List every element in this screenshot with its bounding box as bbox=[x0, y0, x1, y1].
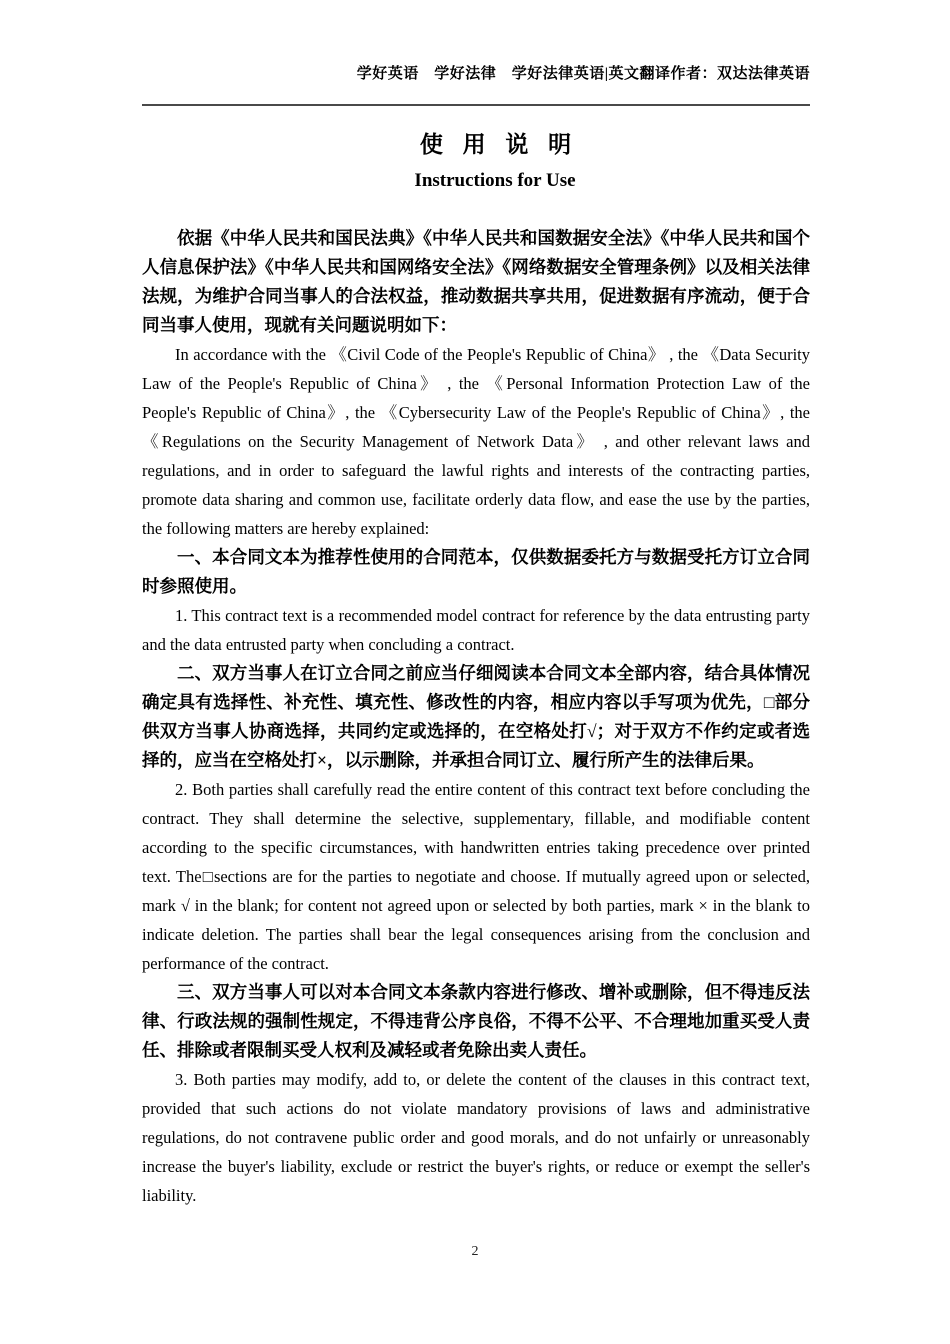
page-number: 2 bbox=[0, 1244, 950, 1260]
running-header: 学好英语 学好法律 学好法律英语|英文翻译作者：双达法律英语 bbox=[142, 62, 810, 83]
paragraph-zh-item-1: 一、本合同文本为推荐性使用的合同范本，仅供数据委托方与数据受托方订立合同时参照使… bbox=[142, 543, 810, 601]
paragraph-zh-preamble: 依据《中华人民共和国民法典》《中华人民共和国数据安全法》《中华人民共和国个人信息… bbox=[142, 224, 810, 340]
doc-title-en: Instructions for Use bbox=[142, 170, 810, 192]
paragraph-en-preamble: In accordance with the 《Civil Code of th… bbox=[142, 340, 810, 543]
doc-title-zh: 使 用 说 明 bbox=[142, 126, 810, 159]
header-divider bbox=[142, 104, 810, 106]
paragraph-en-item-1: 1. This contract text is a recommended m… bbox=[142, 601, 810, 659]
document-page: 学好英语 学好法律 学好法律英语|英文翻译作者：双达法律英语 使 用 说 明 I… bbox=[0, 0, 950, 1344]
paragraph-en-item-2: 2. Both parties shall carefully read the… bbox=[142, 775, 810, 978]
body-column: 依据《中华人民共和国民法典》《中华人民共和国数据安全法》《中华人民共和国个人信息… bbox=[142, 224, 810, 1210]
paragraph-zh-item-2: 二、双方当事人在订立合同之前应当仔细阅读本合同文本全部内容，结合具体情况确定具有… bbox=[142, 659, 810, 775]
paragraph-en-item-3: 3. Both parties may modify, add to, or d… bbox=[142, 1065, 810, 1210]
paragraph-zh-item-3: 三、双方当事人可以对本合同文本条款内容进行修改、增补或删除，但不得违反法律、行政… bbox=[142, 978, 810, 1065]
